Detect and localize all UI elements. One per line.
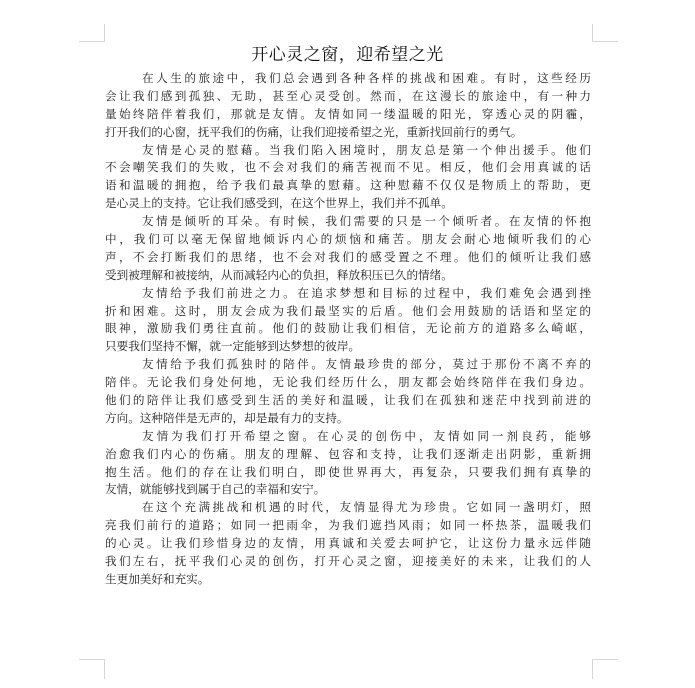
crop-mark-bottom-right (592, 659, 618, 679)
paragraph-6-line-4: 友情，就能够找到属于自己的幸福和安宁。 (105, 481, 591, 499)
document-page: 开心灵之窗，迎希望之光 在人生的旅途中，我们总会遇到各种各样的挑战和困难。有时，… (0, 0, 695, 688)
paragraph-2-line-3: 语和温暖的拥抱，给予我们最真挚的慰藉。这种慰藉不仅仅是物质上的帮助，更 (105, 177, 591, 195)
paragraph-4-line-1: 友情给予我们前进之力。在追求梦想和目标的过程中，我们难免会遇到挫 (105, 285, 591, 303)
paragraph-5-line-2: 陪伴。无论我们身处何地，无论我们经历什么，朋友都会始终陪伴在我们身边。 (105, 374, 591, 392)
paragraph-7-line-3: 的心灵。让我们珍惜身边的友情，用真诚和关爱去呵护它，让这份力量永远伴随 (105, 535, 591, 553)
paragraph-7-line-1: 在这个充满挑战和机遇的时代，友情显得尤为珍贵。它如同一盏明灯，照 (105, 499, 591, 517)
paragraph-5-line-1: 友情给予我们孤独时的陪伴。友情最珍贵的部分，莫过于那份不离不弃的 (105, 356, 591, 374)
paragraph-1-line-3: 量始终陪伴着我们，那就是友情。友情如同一缕温暖的阳光，穿透心灵的阴霾， (105, 106, 591, 124)
paragraph-6-line-1: 友情为我们打开希望之窗。在心灵的创伤中，友情如同一剂良药，能够 (105, 428, 591, 446)
crop-mark-top-left (79, 24, 105, 42)
paragraph-1-line-4: 打开我们的心窗，抚平我们的伤痛，让我们迎接希望之光，重新找回前行的勇气。 (105, 124, 591, 142)
paragraph-3-line-3: 声，不会打断我们的思绪，也不会对我们的感受置之不理。他们的倾听让我们感 (105, 249, 591, 267)
paragraph-6-line-2: 治愈我们内心的伤痛。朋友的理解、包容和支持，让我们逐渐走出阴影，重新拥 (105, 446, 591, 464)
paragraph-4-line-2: 折和困难。这时，朋友会成为我们最坚实的后盾。他们会用鼓励的话语和坚定的 (105, 303, 591, 321)
paragraph-1-line-1: 在人生的旅途中，我们总会遇到各种各样的挑战和困难。有时，这些经历 (105, 70, 591, 88)
paragraph-5-line-4: 方向。这种陪伴是无声的，却是最有力的支持。 (105, 410, 591, 428)
paragraph-5-line-3: 他们的陪伴让我们感受到生活的美好和温暖，让我们在孤独和迷茫中找到前进的 (105, 392, 591, 410)
paragraph-3-line-1: 友情是倾听的耳朵。有时候，我们需要的只是一个倾听者。在友情的怀抱 (105, 213, 591, 231)
paragraph-2-line-1: 友情是心灵的慰藉。当我们陷入困境时，朋友总是第一个伸出援手。他们 (105, 142, 591, 160)
paragraph-1-line-2: 会让我们感到孤独、无助，甚至心灵受创。然而，在这漫长的旅途中，有一种力 (105, 88, 591, 106)
paragraph-2-line-2: 不会嘲笑我们的失败，也不会对我们的痛苦视而不见。相反，他们会用真诚的话 (105, 159, 591, 177)
paragraph-6-line-3: 抱生活。他们的存在让我们明白，即使世界再大，再复杂，只要我们拥有真挚的 (105, 464, 591, 482)
crop-mark-top-right (592, 24, 618, 42)
paragraph-4-line-4: 只要我们坚持不懈，就一定能够到达梦想的彼岸。 (105, 338, 591, 356)
document-body: 在人生的旅途中，我们总会遇到各种各样的挑战和困难。有时，这些经历 会让我们感到孤… (105, 70, 591, 589)
paragraph-2-line-4: 是心灵上的支持。它让我们感受到，在这个世界上，我们并不孤单。 (105, 195, 591, 213)
crop-mark-bottom-left (79, 659, 105, 679)
paragraph-7-line-5: 生更加美好和充实。 (105, 571, 591, 589)
paragraph-4-line-3: 眼神，激励我们勇往直前。他们的鼓励让我们相信，无论前方的道路多么崎岖， (105, 320, 591, 338)
paragraph-7-line-4: 我们左右，抚平我们心灵的创伤，打开心灵之窗，迎接美好的未来，让我们的人 (105, 553, 591, 571)
paragraph-3-line-2: 中，我们可以毫无保留地倾诉内心的烦恼和痛苦。朋友会耐心地倾听我们的心 (105, 231, 591, 249)
paragraph-3-line-4: 受到被理解和被接纳，从而减轻内心的负担，释放积压已久的情绪。 (105, 267, 591, 285)
document-title: 开心灵之窗，迎希望之光 (0, 44, 695, 66)
paragraph-7-line-2: 亮我们前行的道路；如同一把雨伞，为我们遮挡风雨；如同一杯热茶，温暖我们 (105, 517, 591, 535)
